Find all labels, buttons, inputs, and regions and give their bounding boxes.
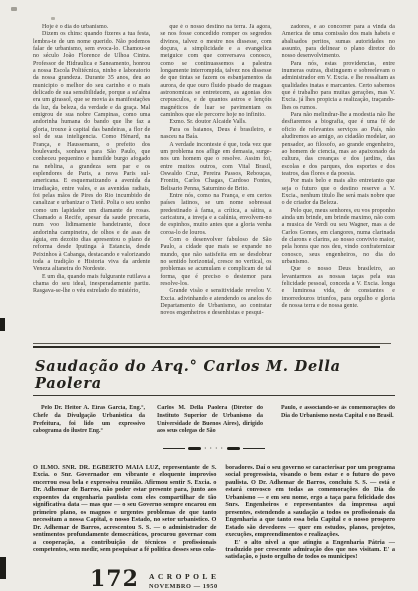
paragraph: Com o desenvolver fabuloso de São Paulo,… [160, 237, 271, 288]
rule-thick-line [33, 346, 380, 348]
paragraph: boradores. Daí o seu governo se caracter… [225, 464, 395, 539]
ornament-dots: · · · · [204, 447, 224, 451]
intro-column-3: Paulo, e associando-se às comemorações d… [281, 405, 395, 440]
paragraph: Entre nós, como na França, e em certos p… [160, 193, 271, 237]
paragraph: E um dia, quando mais fulgurante rutilav… [33, 274, 150, 296]
rule-thin-line [33, 343, 391, 344]
scanned-magazine-page: { "page": { "paper_color": "#edebe6", "i… [0, 0, 418, 591]
section-intro: Pelo Dr. Heitor A. Eiras Garcia, Eng.°, … [33, 405, 395, 440]
paragraph: A verdade inconteste é que, toda vez que… [160, 142, 271, 193]
paragraph: Carlos M. Della Paolera (Diretor do Inst… [157, 405, 263, 436]
intro-column-2: Carlos M. Della Paolera (Diretor do Inst… [157, 405, 263, 440]
paragraph: Para nós, estas providencias, entre inum… [282, 61, 395, 112]
scan-edge-mark [0, 557, 6, 579]
page-footer: 172 ACROPOLE NOVEMBRO — 1950 [90, 569, 395, 590]
top-article-section: Hoje é o dia do urbanismo. Dizem os chin… [33, 24, 395, 337]
page-number: 172 [90, 569, 139, 590]
ornament-line-left [163, 448, 185, 449]
speech-column-2: boradores. Daí o seu governo se caracter… [225, 464, 395, 561]
paragraph: Que o nosso Deus brasileiro, ao levantar… [282, 266, 395, 310]
article-column-2: que é o nosso destino na terra. Já agora… [160, 24, 271, 337]
magazine-title: ACROPOLE [149, 572, 220, 581]
paragraph: Grande visão e sensitividade revelou V. … [160, 288, 271, 317]
paragraph: Por mais belo e mais alto entretanto que… [282, 178, 395, 207]
paragraph: Dizem os chins: quando fizeres a tua fes… [33, 31, 150, 273]
paragraph: que é o nosso destino na terra. Já agora… [160, 24, 271, 119]
paragraph: O ILMO. SNR. DR. EGBERTO MAIA LUZ, repre… [33, 464, 216, 553]
ornament-bar-left [188, 447, 201, 450]
article-column-3: zadores, e ao concorrer para a vinda da … [282, 24, 395, 337]
magazine-issue: NOVEMBRO — 1950 [149, 583, 220, 590]
article-column-1: Hoje é o dia do urbanismo. Dizem os chin… [33, 24, 150, 337]
paragraph: E' o alto nivel a que atingiu a Engenhar… [225, 539, 395, 561]
scan-speck [11, 7, 17, 11]
speech-column-1: O ILMO. SNR. DR. EGBERTO MAIA LUZ, repre… [33, 464, 216, 561]
paragraph: zadores, e ao concorrer para a vinda da … [282, 24, 395, 61]
paragraph: Para os baianos, Deus é brasileiro, e na… [160, 127, 271, 142]
intro-column-1: Pelo Dr. Heitor A. Eiras Garcia, Eng.°, … [33, 405, 145, 440]
speech-section: O ILMO. SNR. DR. EGBERTO MAIA LUZ, repre… [33, 464, 395, 561]
scan-edge-mark [0, 318, 5, 331]
magazine-block: ACROPOLE NOVEMBRO — 1950 [149, 572, 220, 590]
paragraph: Para não melindrar-lhe a modestia não lh… [282, 112, 395, 178]
paragraph: Exmo. Sr. doutor Alcaide Valls. [160, 119, 271, 126]
paragraph: Paulo, e associando-se às comemorações d… [281, 405, 395, 421]
ornament-bar-right [227, 447, 240, 450]
scan-speck [51, 17, 55, 20]
paragraph: Pelo que, meus senhores, eu vos proponho… [282, 208, 395, 267]
section-divider-rule [33, 343, 391, 348]
paragraph: Pelo Dr. Heitor A. Eiras Garcia, Eng.°, … [33, 405, 145, 436]
section-title: Saudação do Arq.° Carlos M. Della Paoler… [33, 358, 395, 396]
ornament-line-right [243, 448, 265, 449]
page-content: Hoje é o dia do urbanismo. Dizem os chin… [33, 24, 395, 590]
tapered-rule-ornament: · · · · [33, 446, 395, 451]
